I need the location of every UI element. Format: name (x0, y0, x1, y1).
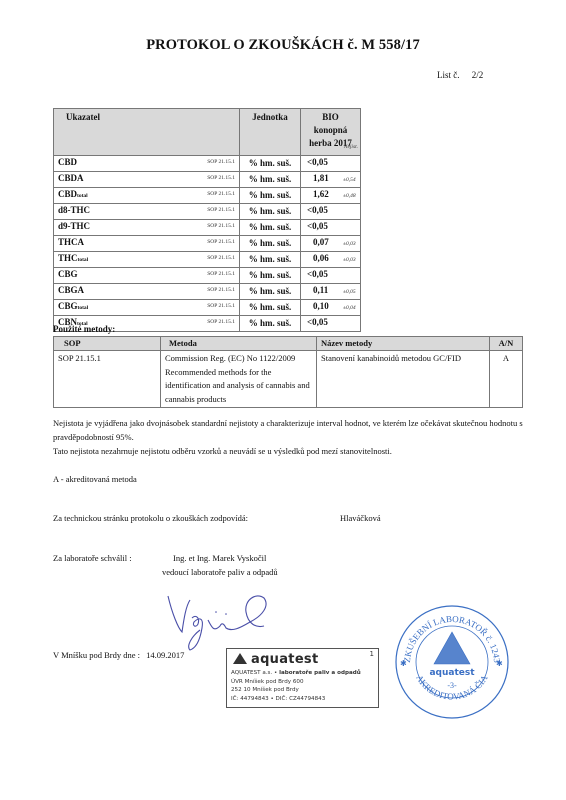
result-value-cell: 0,11±0,05 (301, 284, 361, 300)
svg-text:✱: ✱ (400, 659, 407, 668)
result-value: 1,81 (305, 172, 343, 185)
aquatest-logo: aquatest (233, 652, 319, 667)
methods-method: Commission Reg. (EC) No 1122/2009 Recomm… (161, 351, 317, 408)
indicator-name: d9-THC (58, 221, 90, 231)
stamp-line-2: ÚVR Mníšek pod Brdy 600 (231, 678, 361, 687)
result-indicator: CBD SOP 21.15.1 (54, 156, 240, 172)
result-uncertainty: ±0,48 (343, 193, 356, 199)
indicator-name: THCA (58, 237, 84, 247)
result-value-cell: 0,10±0,04 (301, 300, 361, 316)
result-value: <0,05 (305, 316, 337, 329)
result-row: CBD SOP 21.15.1 % hm. suš. <0,05 (54, 156, 361, 172)
sheet-value: 2/2 (472, 70, 484, 80)
protocol-title: PROTOKOL O ZKOUŠKÁCH č. M 558/17 (0, 37, 566, 54)
stamp-number: 1 (370, 650, 374, 658)
result-value-cell: <0,05 (301, 156, 361, 172)
methods-sop: SOP 21.15.1 (54, 351, 161, 408)
indicator-sop: SOP 21.15.1 (207, 172, 235, 185)
result-value-cell: <0,05 (301, 316, 361, 332)
result-value: <0,05 (305, 156, 337, 169)
result-indicator: THCtotal SOP 21.15.1 (54, 252, 240, 268)
result-indicator: CBGtotal SOP 21.15.1 (54, 300, 240, 316)
result-indicator: CBGA SOP 21.15.1 (54, 284, 240, 300)
methods-table: SOP Metoda Název metody A/N SOP 21.15.1 … (53, 336, 523, 408)
result-uncertainty: ±0,03 (343, 241, 356, 247)
result-value: <0,05 (305, 204, 337, 217)
result-row: d8-THC SOP 21.15.1 % hm. suš. <0,05 (54, 204, 361, 220)
methods-an: A (490, 351, 523, 408)
indicator-name: CBD (58, 157, 77, 167)
indicator-name: THCtotal (58, 253, 88, 263)
result-indicator: CBDtotal SOP 21.15.1 (54, 188, 240, 204)
indicator-sop: SOP 21.15.1 (207, 268, 235, 281)
indicator-sop: SOP 21.15.1 (207, 220, 235, 233)
result-indicator: d9-THC SOP 21.15.1 (54, 220, 240, 236)
result-value: <0,05 (305, 220, 337, 233)
stamp-address: AQUATEST a.s. • laboratoře paliv a odpad… (231, 669, 361, 703)
result-unit: % hm. suš. (240, 316, 301, 332)
stamp-brand: aquatest (251, 652, 319, 667)
result-row: THCtotal SOP 21.15.1 % hm. suš. 0,06±0,0… (54, 252, 361, 268)
indicator-name: CBG (58, 269, 78, 279)
result-row: d9-THC SOP 21.15.1 % hm. suš. <0,05 (54, 220, 361, 236)
indicator-sop: SOP 21.15.1 (207, 188, 235, 201)
uncertainty-note-1: Nejistota je vyjádřena jako dvojnásobek … (53, 416, 523, 444)
result-indicator: THCA SOP 21.15.1 (54, 236, 240, 252)
result-value-cell: 1,81±0,54 (301, 172, 361, 188)
result-value: 0,06 (305, 252, 343, 265)
place-date-label: V Mníšku pod Brdy dne : (53, 650, 140, 660)
result-row: CBGtotal SOP 21.15.1 % hm. suš. 0,10±0,0… (54, 300, 361, 316)
result-unit: % hm. suš. (240, 284, 301, 300)
header-uncertainty: Nejist. (344, 141, 358, 154)
result-value-cell: <0,05 (301, 204, 361, 220)
indicator-sop: SOP 21.15.1 (207, 284, 235, 297)
indicator-sop: SOP 21.15.1 (207, 236, 235, 249)
methods-row: SOP 21.15.1 Commission Reg. (EC) No 1122… (54, 351, 523, 408)
methods-name: Stanovení kanabinoidů metodou GC/FID (317, 351, 490, 408)
result-unit: % hm. suš. (240, 220, 301, 236)
result-row: CBDtotal SOP 21.15.1 % hm. suš. 1,62±0,4… (54, 188, 361, 204)
result-unit: % hm. suš. (240, 236, 301, 252)
result-uncertainty: ±0,54 (343, 177, 356, 183)
indicator-sop: SOP 21.15.1 (207, 300, 235, 313)
indicator-name: d8-THC (58, 205, 90, 215)
result-unit: % hm. suš. (240, 300, 301, 316)
result-value-cell: 0,07±0,03 (301, 236, 361, 252)
stamp-company: AQUATEST a.s. • (231, 670, 277, 676)
result-value: 0,07 (305, 236, 343, 249)
result-value-cell: <0,05 (301, 268, 361, 284)
methods-header-name: Název metody (317, 337, 490, 351)
technical-responsible-name: Hlaváčková (340, 513, 381, 523)
stamp-line-3: 252 10 Mníšek pod Brdy (231, 686, 361, 695)
uncertainty-note-2: Tato nejistota nezahrnuje nejistotu odbě… (53, 444, 523, 458)
header-indicator-label: Ukazatel (58, 112, 100, 122)
header-sample: BIO konopná herba 2017 Nejist. (301, 109, 361, 156)
indicator-sop: SOP 21.15.1 (207, 316, 235, 329)
stamp-triangle-icon (434, 632, 470, 664)
technical-responsible-label: Za technickou stránku protokolu o zkoušk… (53, 513, 248, 523)
result-unit: % hm. suš. (240, 188, 301, 204)
indicator-sop: SOP 21.15.1 (207, 156, 235, 169)
result-indicator: CBG SOP 21.15.1 (54, 268, 240, 284)
stamp-line-4: IČ: 44794843 • DIČ: CZ44794843 (231, 695, 361, 704)
methods-label: Použité metody: (53, 324, 115, 334)
result-unit: % hm. suš. (240, 268, 301, 284)
methods-header-row: SOP Metoda Název metody A/N (54, 337, 523, 351)
result-row: THCA SOP 21.15.1 % hm. suš. 0,07±0,03 (54, 236, 361, 252)
methods-header-sop: SOP (54, 337, 161, 351)
results-table: Ukazatel Jednotka BIO konopná herba 2017… (53, 108, 361, 332)
result-unit: % hm. suš. (240, 204, 301, 220)
sheet-number: List č. 2/2 (437, 70, 483, 80)
header-indicator: Ukazatel (54, 109, 240, 156)
result-value: 0,10 (305, 300, 343, 313)
result-row: CBDA SOP 21.15.1 % hm. suš. 1,81±0,54 (54, 172, 361, 188)
indicator-name: CBGA (58, 285, 84, 295)
result-unit: % hm. suš. (240, 172, 301, 188)
place-date: V Mníšku pod Brdy dne : 14.09.2017 (53, 650, 184, 660)
result-indicator: CBDA SOP 21.15.1 (54, 172, 240, 188)
approved-by-name: Ing. et Ing. Marek Vyskočil (173, 553, 266, 563)
result-unit: % hm. suš. (240, 156, 301, 172)
accreditation-round-stamp: ZKUŠEBNÍ LABORATOŘ č. 1243 AKREDITOVANÁ … (392, 602, 512, 722)
result-uncertainty: ±0,04 (343, 305, 356, 311)
sheet-label: List č. (437, 70, 460, 80)
result-value: 1,62 (305, 188, 343, 201)
aquatest-triangle-icon (233, 653, 247, 664)
header-unit: Jednotka (240, 109, 301, 156)
result-value: <0,05 (305, 268, 337, 281)
approved-by-label: Za laboratoře schválil : (53, 553, 132, 563)
svg-text:aquatest: aquatest (429, 668, 475, 678)
svg-text:✱: ✱ (496, 659, 503, 668)
result-value: 0,11 (305, 284, 343, 297)
result-row: CBGA SOP 21.15.1 % hm. suš. 0,11±0,05 (54, 284, 361, 300)
result-value-cell: <0,05 (301, 220, 361, 236)
result-value-cell: 1,62±0,48 (301, 188, 361, 204)
indicator-sop: SOP 21.15.1 (207, 204, 235, 217)
indicator-name: CBDA (58, 173, 84, 183)
approved-by-role: vedoucí laboratoře paliv a odpadů (162, 567, 278, 577)
indicator-name: CBGtotal (58, 301, 88, 311)
indicator-sop: SOP 21.15.1 (207, 252, 235, 265)
result-value-cell: 0,06±0,03 (301, 252, 361, 268)
result-unit: % hm. suš. (240, 252, 301, 268)
result-uncertainty: ±0,03 (343, 257, 356, 263)
result-row: CBG SOP 21.15.1 % hm. suš. <0,05 (54, 268, 361, 284)
svg-text:-3-: -3- (447, 681, 457, 690)
stamp-department: laboratoře paliv a odpadů (279, 670, 361, 676)
methods-header-an: A/N (490, 337, 523, 351)
result-indicator: d8-THC SOP 21.15.1 (54, 204, 240, 220)
date-value: 14.09.2017 (146, 650, 184, 660)
indicator-name: CBDtotal (58, 189, 88, 199)
result-uncertainty: ±0,05 (343, 289, 356, 295)
methods-header-method: Metoda (161, 337, 317, 351)
accredited-note: A - akreditovaná metoda (53, 472, 523, 486)
results-header-row: Ukazatel Jednotka BIO konopná herba 2017… (54, 109, 361, 156)
company-stamp: 1 aquatest AQUATEST a.s. • laboratoře pa… (226, 648, 379, 708)
